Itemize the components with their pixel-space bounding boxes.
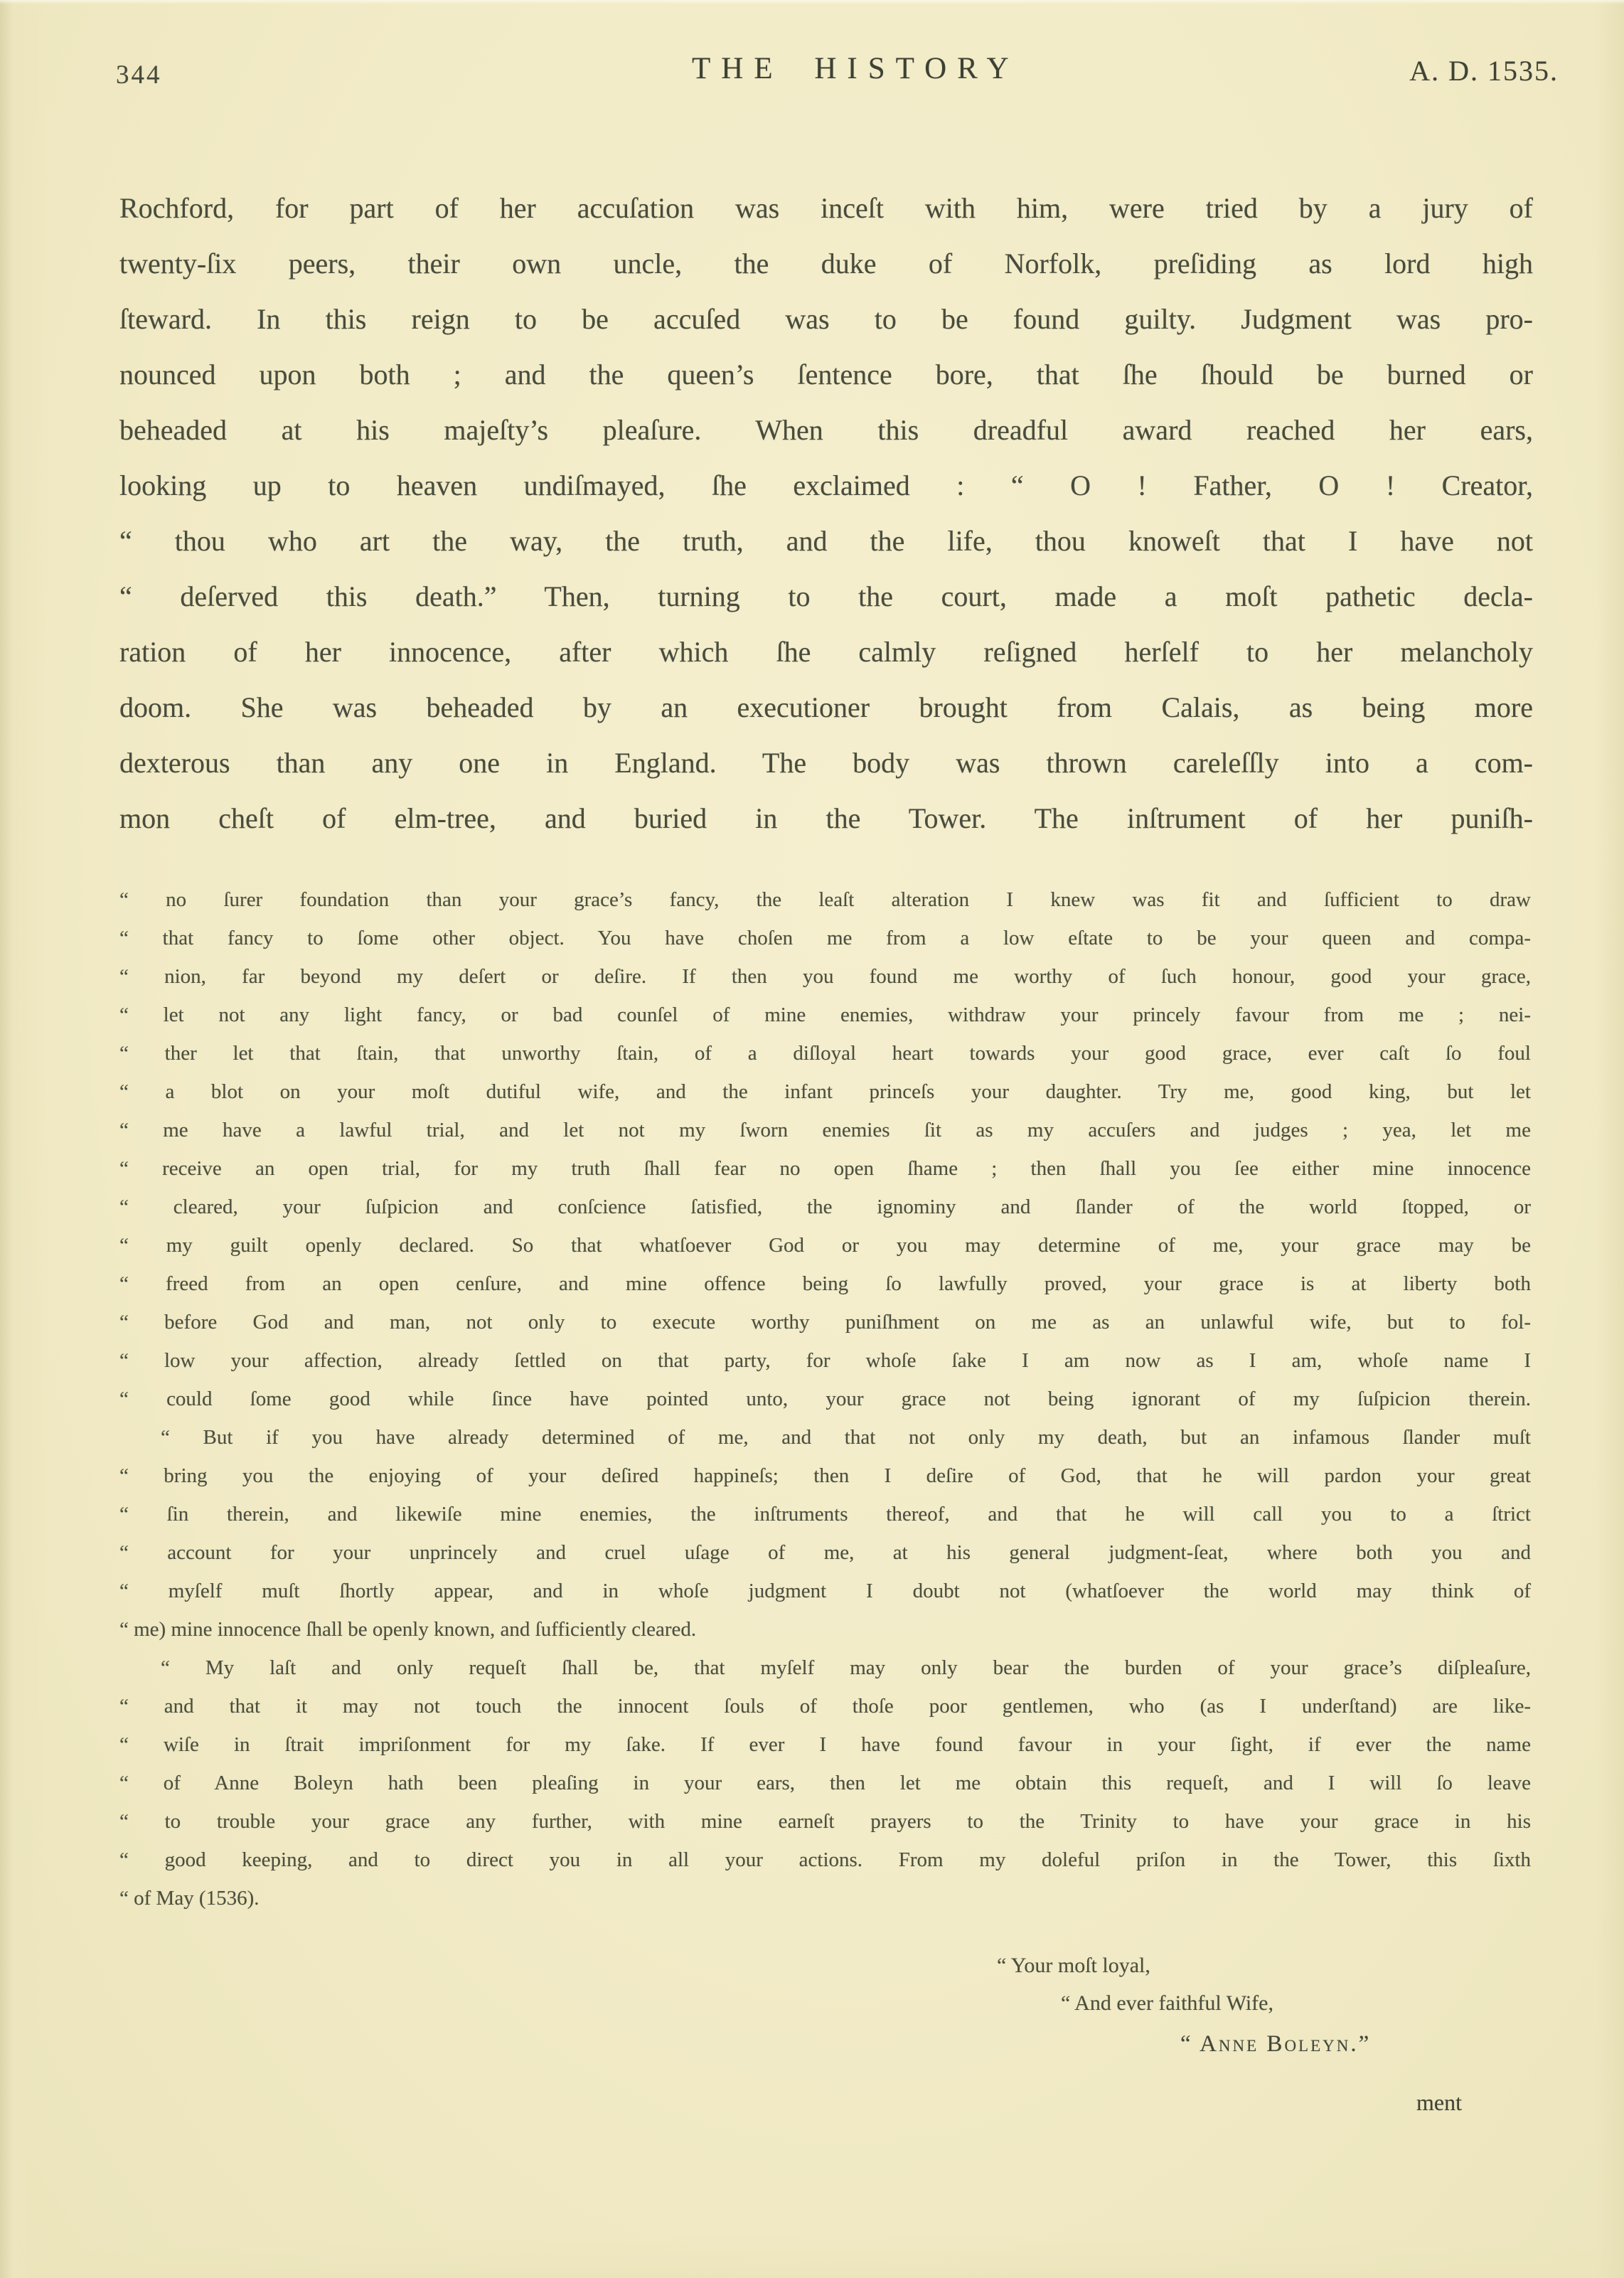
footnote-text-line: “ My laſt and only requeſt ſhall be, tha…	[119, 1649, 1531, 1687]
footnote-text-line: “ let not any light fancy, or bad counſe…	[119, 996, 1531, 1034]
book-page: 344 THE HISTORY A. D. 1535. Rochford, fo…	[0, 0, 1624, 2278]
body-text-line: dexterous than any one in England. The b…	[119, 735, 1533, 791]
footnote-text-line: “ receive an open trial, for my truth ſh…	[119, 1149, 1531, 1188]
footnote-text-line: “ no ſurer foundation than your grace’s …	[119, 880, 1531, 919]
body-text-line: “ deſerved this death.” Then, turning to…	[119, 569, 1533, 624]
body-text-line: ſteward. In this reign to be accuſed was…	[119, 292, 1533, 347]
body-text-line: doom. She was beheaded by an executioner…	[119, 680, 1533, 735]
footnote-text-line: “ to trouble your grace any further, wit…	[119, 1802, 1531, 1841]
signature-line-2: “ And ever faithful Wife,	[1061, 1991, 1273, 2016]
footnote-text-line: “ cleared, your ſuſpicion and conſcience…	[119, 1188, 1531, 1226]
footnote-block: “ no ſurer foundation than your grace’s …	[119, 880, 1531, 1917]
footnote-text-line: “ freed from an open cenſure, and mine o…	[119, 1265, 1531, 1303]
footnote-text-line: “ low your affection, already ſettled on…	[119, 1341, 1531, 1380]
footnote-text-line: “ a blot on your moſt dutiful wife, and …	[119, 1073, 1531, 1111]
body-text-line: looking up to heaven undiſmayed, ſhe exc…	[119, 458, 1533, 513]
body-text-line: ration of her innocence, after which ſhe…	[119, 624, 1533, 680]
body-text-line: mon cheſt of elm-tree, and buried in the…	[119, 791, 1533, 846]
footnote-text-line: “ bring you the enjoying of your deſired…	[119, 1457, 1531, 1495]
footnote-text-line: “ my guilt openly declared. So that what…	[119, 1226, 1531, 1265]
year-label: A. D. 1535.	[1409, 54, 1559, 87]
footnote-text-line: “ me have a lawful trial, and let not my…	[119, 1111, 1531, 1149]
footnote-text-line: “ that fancy to ſome other object. You h…	[119, 919, 1531, 957]
signature-line-1: “ Your moſt loyal,	[997, 1954, 1150, 1978]
body-text-line: twenty-ſix peers, their own uncle, the d…	[119, 236, 1533, 292]
footnote-text-line: “ nion, far beyond my deſert or deſire. …	[119, 957, 1531, 996]
footnote-text-line: “ could ſome good while ſince have point…	[119, 1380, 1531, 1418]
signature-name: “ Anne Boleyn.”	[1180, 2031, 1371, 2058]
running-title: THE HISTORY	[692, 51, 1020, 86]
main-paragraph: Rochford, for part of her accuſation was…	[119, 181, 1533, 846]
footnote-text-line: “ wiſe in ſtrait impriſonment for my ſak…	[119, 1725, 1531, 1764]
footnote-text-line: “ ſin therein, and likewiſe mine enemies…	[119, 1495, 1531, 1533]
footnote-text-line: “ of May (1536).	[119, 1879, 1531, 1917]
footnote-text-line: “ ther let that ſtain, that unworthy ſta…	[119, 1034, 1531, 1073]
page-number: 344	[116, 60, 162, 90]
body-text-line: beheaded at his majeſty’s pleaſure. When…	[119, 403, 1533, 458]
body-text-line: “ thou who art the way, the truth, and t…	[119, 513, 1533, 569]
body-text-line: nounced upon both ; and the queen’s ſent…	[119, 347, 1533, 403]
footnote-text-line: “ before God and man, not only to execut…	[119, 1303, 1531, 1341]
body-text-line: Rochford, for part of her accuſation was…	[119, 181, 1533, 236]
footnote-text-line: “ and that it may not touch the innocent…	[119, 1687, 1531, 1725]
footnote-text-line: “ of Anne Boleyn hath been pleaſing in y…	[119, 1764, 1531, 1802]
footnote-text-line: “ myſelf muſt ſhortly appear, and in who…	[119, 1572, 1531, 1610]
footnote-text-line: “ me) mine innocence ſhall be openly kno…	[119, 1610, 1531, 1649]
footnote-text-line: “ But if you have already determined of …	[119, 1418, 1531, 1457]
catchword: ment	[1416, 2090, 1462, 2116]
footnote-text-line: “ account for your unprincely and cruel …	[119, 1533, 1531, 1572]
footnote-text-line: “ good keeping, and to direct you in all…	[119, 1841, 1531, 1879]
